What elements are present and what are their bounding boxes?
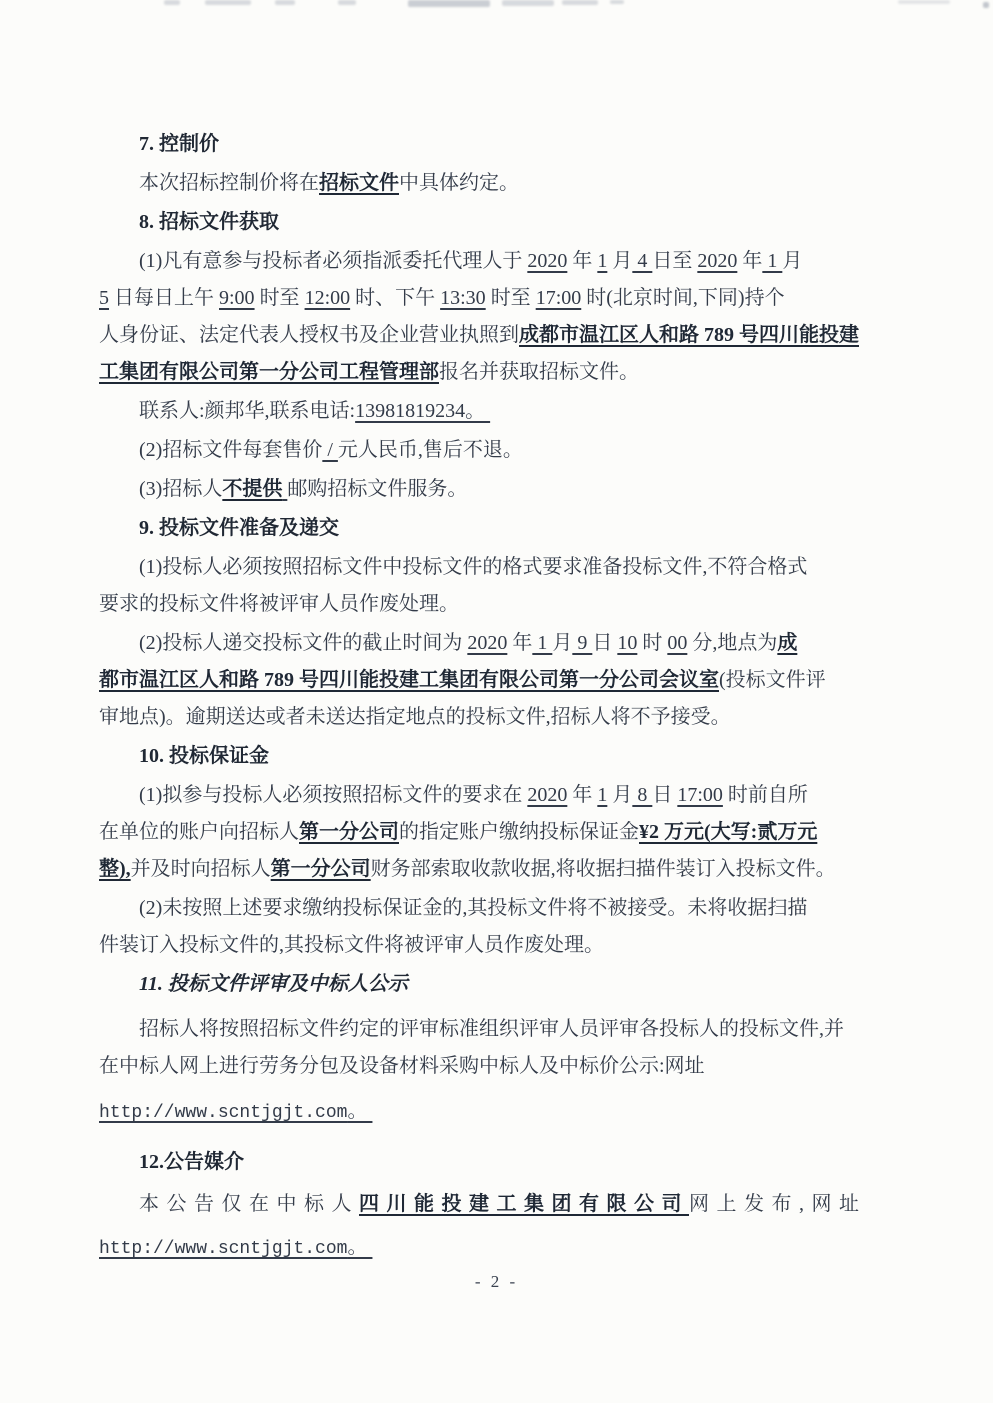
text-segment: (1)拟参与投标人必须按照招标文件的要求在 [139,784,527,806]
text-line: 5 日每日上午 9:00 时至 12:00 时、下午 13:30 时至 17:0… [99,280,889,317]
text-segment: 8. 招标文件获取 [139,211,279,233]
text-segment: 日每日上午 [109,287,219,309]
text-segment: 招标文件 [319,172,399,194]
scan-artifact [408,0,490,7]
text-segment: 1 [532,632,552,654]
text-segment: 分,地点为 [687,632,777,654]
text-line: 本次招标控制价将在招标文件中具体约定。 [99,165,889,202]
text-segment: 邮购招标文件服务。 [287,478,467,500]
text-segment: 时至 [255,287,305,309]
scan-artifact [205,0,251,5]
text-segment: 月 [607,784,632,806]
section-heading: 8. 招标文件获取 [99,204,889,241]
text-segment: 9 [572,632,592,654]
text-segment: 四川能投建工集团有限公司 [359,1193,689,1215]
text-segment: 本次招标控制价将在 [139,172,319,194]
text-line: (2)未按照上述要求缴纳投标保证金的,其投标文件将不被接受。未将收据扫描 [99,890,889,927]
text-segment: / [322,439,338,461]
text-segment: 5 [99,287,109,309]
text-segment: 第一分公司 [271,858,371,880]
text-segment: 月 [782,250,802,272]
text-line: 都市温江区人和路 789 号四川能投建工集团有限公司第一分公司会议室(投标文件评 [99,662,889,699]
text-segment: 10 [617,632,637,654]
text-segment: 时前自所 [723,784,808,806]
text-segment: 并及时向招标人 [131,858,271,880]
scan-artifact [338,0,356,5]
text-line: 要求的投标文件将被评审人员作废处理。 [99,586,889,623]
text-segment: 在单位的账户向招标人 [99,821,299,843]
text-segment: 月 [552,632,572,654]
text-segment: (3)招标人 [139,478,222,500]
text-line: (2)招标文件每套售价 / 元人民币,售后不退。 [99,432,889,469]
text-line: 本公告仅在中标人四川能投建工集团有限公司网上发布,网址 [99,1186,889,1223]
text-segment: 时、下午 [350,287,440,309]
text-segment: 2020 [527,250,567,272]
text-segment: 在中标人网上进行劳务分包及设备材料采购中标人及中标价公示:网址 [99,1055,705,1077]
text-segment: 联系人:颜邦华,联系电话: [139,400,355,422]
text-segment: 财务部索取收款收据,将收据扫描件装订入投标文件。 [371,858,836,880]
scan-artifact [275,0,295,5]
text-segment: 人身份证、法定代表人授权书及企业营业执照到 [99,324,519,346]
text-segment: 13:30 [440,287,486,309]
text-segment: 整), [99,858,131,880]
text-segment: 12.公告媒介 [139,1151,244,1173]
text-segment: 日 [652,784,677,806]
text-segment: 审地点)。逾期送达或者未送达指定地点的投标文件,招标人将不予接受。 [99,706,731,728]
text-segment: 7. 控制价 [139,133,219,155]
text-segment: 日至 [652,250,697,272]
text-segment: 2020 [527,784,567,806]
scan-artifact [502,0,554,6]
text-segment: 元人民币,售后不退。 [338,439,523,461]
scan-artifact [898,0,950,4]
text-line: 在单位的账户向招标人第一分公司的指定账户缴纳投标保证金¥2 万元(大写:贰万元 [99,814,889,851]
text-segment: http://www.scntjgjt.com [99,1103,347,1123]
text-line: 联系人:颜邦华,联系电话:13981819234。 [99,393,889,430]
text-segment: 1 [597,784,607,806]
text-segment: 第一分公司 [299,821,399,843]
text-segment: 1 [762,250,782,272]
section-heading: 7. 控制价 [99,126,889,163]
text-segment: ¥2 万元(大写:贰万元 [639,821,817,843]
text-segment: 2020 [467,632,507,654]
page-number: - 2 - [0,1272,993,1292]
text-segment: 工集团有限公司第一分公司工程管理部 [99,361,439,383]
text-segment: 2020 [697,250,737,272]
text-segment: 年 [507,632,532,654]
text-segment: 17:00 [677,784,723,806]
text-segment: 时(北京时间,下同)持个 [581,287,784,309]
scan-artifact [562,0,598,5]
text-line: (1)拟参与投标人必须按照招标文件的要求在 2020 年 1 月 8 日 17:… [99,777,889,814]
text-segment: 中具体约定。 [399,172,519,194]
text-segment: 要求的投标文件将被评审人员作废处理。 [99,593,459,615]
section-heading: 11. 投标文件评审及中标人公示 [99,966,889,1003]
section-heading: 12.公告媒介 [99,1144,889,1181]
text-segment: (1)凡有意参与投标者必须指派委托代理人于 [139,250,527,272]
text-segment: 不提供 [222,478,282,500]
text-segment: (2)未按照上述要求缴纳投标保证金的,其投标文件将不被接受。未将收据扫描 [139,897,807,919]
text-segment: 本公告仅在中标人 [139,1193,359,1215]
text-segment: 时 [637,632,667,654]
scan-artifact [983,2,989,8]
text-segment: 年 [567,250,597,272]
text-line: 整),并及时向招标人第一分公司财务部索取收款收据,将收据扫描件装订入投标文件。 [99,851,889,888]
text-segment: 成 [777,632,797,654]
text-segment: 。 [347,1100,372,1122]
text-segment: 成都市温江区人和路 789 号四川能投建 [519,324,859,346]
url-line: http://www.scntjgjt.com。 [99,1229,889,1268]
text-segment: 10. 投标保证金 [139,745,269,767]
text-segment: 12:00 [305,287,351,309]
scan-artifact [164,0,180,5]
text-segment: 9:00 [219,287,255,309]
text-segment: (2)投标人递交投标文件的截止时间为 [139,632,467,654]
text-line: 工集团有限公司第一分公司工程管理部报名并获取招标文件。 [99,354,889,391]
text-segment: (2)招标文件每套售价 [139,439,322,461]
text-line: (1)投标人必须按照招标文件中投标文件的格式要求准备投标文件,不符合格式 [99,549,889,586]
text-segment: 报名并获取招标文件。 [439,361,639,383]
text-segment: 件装订入投标文件的,其投标文件将被评审人员作废处理。 [99,934,604,956]
text-segment: http://www.scntjgjt.com [99,1239,347,1259]
text-segment: (投标文件评 [719,669,826,691]
text-segment: 17:00 [536,287,582,309]
text-line: 在中标人网上进行劳务分包及设备材料采购中标人及中标价公示:网址 [99,1048,889,1085]
text-segment: 1 [597,250,607,272]
text-segment: 00 [667,632,687,654]
text-segment: 时至 [486,287,536,309]
text-segment: 4 [632,250,652,272]
section-heading: 9. 投标文件准备及递交 [99,510,889,547]
text-line: 人身份证、法定代表人授权书及企业营业执照到成都市温江区人和路 789 号四川能投… [99,317,889,354]
text-line: (3)招标人不提供 邮购招标文件服务。 [99,471,889,508]
document-body: 7. 控制价本次招标控制价将在招标文件中具体约定。8. 招标文件获取(1)凡有意… [99,124,889,1268]
section-heading: 10. 投标保证金 [99,738,889,775]
text-line: (1)凡有意参与投标者必须指派委托代理人于 2020 年 1 月 4 日至 20… [99,243,889,280]
text-segment: 8 [632,784,652,806]
text-segment: 9. 投标文件准备及递交 [139,517,339,539]
text-segment: 年 [737,250,762,272]
text-line: 审地点)。逾期送达或者未送达指定地点的投标文件,招标人将不予接受。 [99,699,889,736]
text-line: (2)投标人递交投标文件的截止时间为 2020 年 1 月 9 日 10 时 0… [99,625,889,662]
text-line: 件装订入投标文件的,其投标文件将被评审人员作废处理。 [99,927,889,964]
text-segment: 年 [567,784,597,806]
url-line: http://www.scntjgjt.com。 [99,1093,889,1132]
text-segment: 招标人将按照招标文件约定的评审标准组织评审人员评审各投标人的投标文件,并 [139,1018,844,1040]
text-segment: (1)投标人必须按照招标文件中投标文件的格式要求准备投标文件,不符合格式 [139,556,807,578]
text-segment: 13981819234。 [355,400,490,422]
text-segment: 11. 投标文件评审及中标人公示 [139,973,408,995]
scan-artifact [610,0,624,4]
text-segment: 的指定账户缴纳投标保证金 [399,821,639,843]
text-line: 招标人将按照招标文件约定的评审标准组织评审人员评审各投标人的投标文件,并 [99,1011,889,1048]
text-segment: 都市温江区人和路 789 号四川能投建工集团有限公司第一分公司会议室 [99,669,719,691]
text-segment: 。 [347,1236,372,1258]
text-segment: 月 [607,250,632,272]
text-segment: 日 [592,632,617,654]
text-segment: 网上发布,网址 [689,1193,867,1215]
